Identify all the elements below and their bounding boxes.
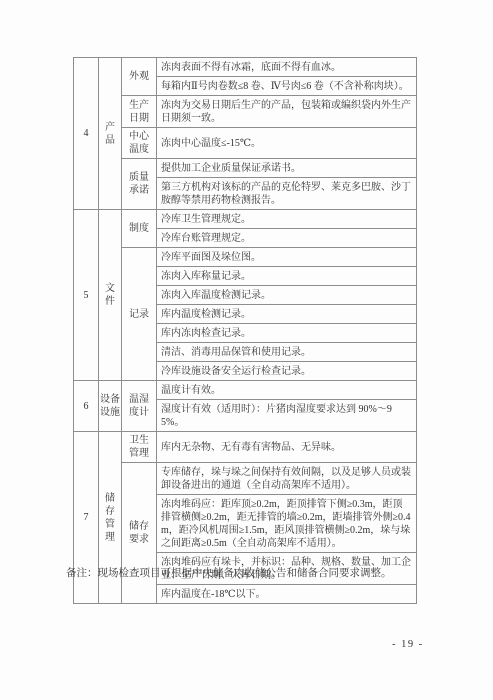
page-number: - 19 - (392, 639, 424, 650)
table-row: 7 储 存 管 理 卫生 管理 库内无杂物、无有毒有害物品、无异味。 (74, 432, 417, 463)
table-row: 6 设备 设施 温湿 度计 温度计有效。 (74, 381, 417, 400)
footnote: 备注：现场检查项目可根据中央储备肉收储公告和储备合同要求调整。 (66, 567, 392, 581)
requirement-cell: 冻肉堆码应：距库顶≥0.2m，距顶排管下侧≥0.3m，距顶排管横侧≥0.2m，距… (157, 495, 417, 553)
requirement-cell: 库内无杂物、无有毒有害物品、无异味。 (157, 432, 417, 463)
requirement-cell: 冷库设施设备安全运行检查记录。 (157, 362, 417, 381)
category-cell: 文 件 (99, 210, 122, 381)
subcategory-cell: 中心 温度 (122, 128, 157, 159)
table-row: 5 文 件 制度 冷库卫生管理规定。 (74, 210, 417, 229)
category-cell: 设备 设施 (99, 381, 122, 432)
requirement-cell: 湿度计有效（适用时）：片猪肉湿度要求达到 90%～95%。 (157, 400, 417, 432)
subcategory-cell: 外观 (122, 58, 157, 96)
requirement-cell: 冷库卫生管理规定。 (157, 210, 417, 229)
requirement-cell: 冻肉表面不得有冰霜，底面不得有血冰。 (157, 58, 417, 77)
inspection-table: 4 产 品 外观 冻肉表面不得有冰霜，底面不得有血冰。 每箱内Ⅱ号肉卷数≤8 卷… (73, 57, 417, 604)
requirement-cell: 冷库台账管理规定。 (157, 229, 417, 248)
table-row: 4 产 品 外观 冻肉表面不得有冰霜，底面不得有血冰。 (74, 58, 417, 77)
table-row: 生产 日期 冻肉为交易日期后生产的产品，包装箱或编织袋内外生产日期须一致。 (74, 96, 417, 128)
document-page: 4 产 品 外观 冻肉表面不得有冰霜，底面不得有血冰。 每箱内Ⅱ号肉卷数≤8 卷… (0, 0, 493, 700)
requirement-cell: 库内冻肉检查记录。 (157, 324, 417, 343)
requirement-cell: 库内温度检测记录。 (157, 305, 417, 324)
row-number-cell: 5 (74, 210, 99, 381)
subcategory-cell: 生产 日期 (122, 96, 157, 128)
table-row: 质量 承诺 提供加工企业质量保证承诺书。 (74, 159, 417, 178)
subcategory-cell: 储存 要求 (122, 463, 157, 604)
requirement-cell: 冻肉为交易日期后生产的产品，包装箱或编织袋内外生产日期须一致。 (157, 96, 417, 128)
requirement-cell: 第三方机构对该标的产品的克伦特罗、莱克多巴胺、沙丁胺醇等禁用药物检测报告。 (157, 178, 417, 210)
requirement-cell: 冷库平面图及垛位图。 (157, 248, 417, 267)
requirement-cell: 提供加工企业质量保证承诺书。 (157, 159, 417, 178)
category-cell: 产 品 (99, 58, 122, 210)
table-row: 储存 要求 专库储存，垛与垛之间保持有效间隔，以及足够人员或装卸设备进出的通道（… (74, 463, 417, 495)
requirement-cell: 每箱内Ⅱ号肉卷数≤8 卷、Ⅳ号肉≤6 卷（不含补称肉块）。 (157, 77, 417, 96)
requirement-cell: 库内温度在-18℃以下。 (157, 585, 417, 604)
table-row: 记录 冷库平面图及垛位图。 (74, 248, 417, 267)
requirement-cell: 冻肉入库温度检测记录。 (157, 286, 417, 305)
requirement-cell: 专库储存，垛与垛之间保持有效间隔，以及足够人员或装卸设备进出的通道（全自动高架库… (157, 463, 417, 495)
requirement-cell: 温度计有效。 (157, 381, 417, 400)
row-number-cell: 6 (74, 381, 99, 432)
requirement-cell: 清洁、消毒用品保管和使用记录。 (157, 343, 417, 362)
requirement-cell: 冻肉中心温度≤-15℃。 (157, 128, 417, 159)
subcategory-cell: 质量 承诺 (122, 159, 157, 210)
subcategory-cell: 记录 (122, 248, 157, 381)
subcategory-cell: 制度 (122, 210, 157, 248)
subcategory-cell: 卫生 管理 (122, 432, 157, 463)
subcategory-cell: 温湿 度计 (122, 381, 157, 432)
requirement-cell: 冻肉入库称量记录。 (157, 267, 417, 286)
table-row: 中心 温度 冻肉中心温度≤-15℃。 (74, 128, 417, 159)
row-number-cell: 4 (74, 58, 99, 210)
